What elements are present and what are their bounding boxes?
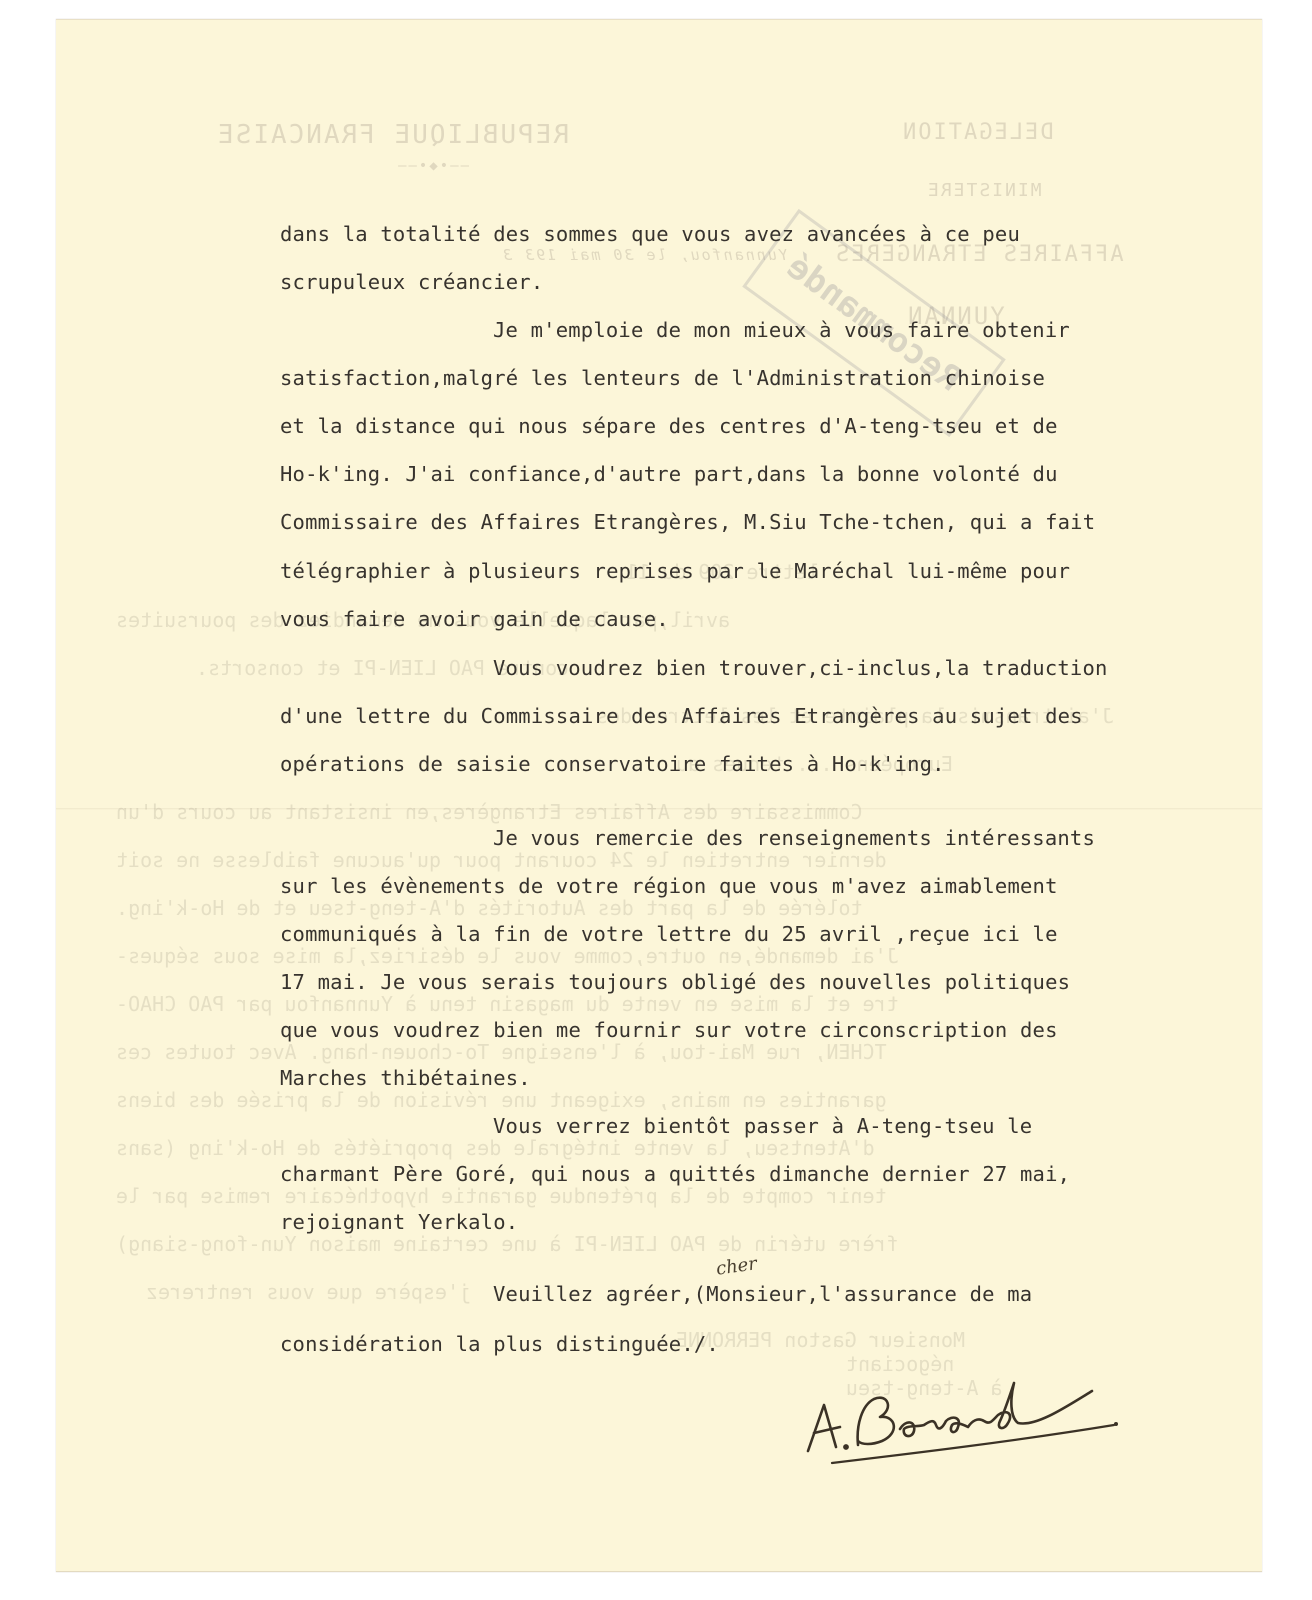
text-line: Commissaire des Affaires Etrangères, M.S…: [280, 510, 1095, 534]
text-line: Je vous remercie des renseignements inté…: [493, 826, 1095, 850]
text-line: rejoignant Yerkalo.: [280, 1210, 518, 1234]
text-line: dans la totalité des sommes que vous ave…: [280, 222, 1020, 246]
text-line: charmant Père Goré, qui nous a quittés d…: [280, 1162, 1070, 1186]
closing-line: Veuillez agréer,(Monsieur,l'assurance de…: [493, 1282, 1032, 1306]
text-line: 17 mai. Je vous serais toujours obligé d…: [280, 970, 1070, 994]
text-line: vous faire avoir gain de cause.: [280, 607, 669, 631]
text-line: que vous voudrez bien me fournir sur vot…: [280, 1018, 1058, 1042]
text-line: Je m'emploie de mon mieux à vous faire o…: [493, 318, 1070, 342]
handwritten-insertion: cher: [715, 1253, 758, 1279]
text-line: opérations de saisie conservatoire faite…: [280, 752, 945, 776]
letter-body: dans la totalité des sommes que vous ave…: [56, 20, 1262, 1571]
text-line: Vous voudrez bien trouver,ci-inclus,la t…: [493, 656, 1108, 680]
text-line: Ho-k'ing. J'ai confiance,d'autre part,da…: [280, 462, 1058, 486]
closing-line: considération la plus distinguée./.: [280, 1332, 719, 1356]
letter-page: REPUBLIQUE FRANCAISE ——•◆•—— DELEGATION …: [56, 19, 1262, 1572]
text-line: scrupuleux créancier.: [280, 270, 543, 294]
text-line: télégraphier à plusieurs reprises par le…: [280, 559, 1070, 583]
text-line: sur les évènements de votre région que v…: [280, 874, 1058, 898]
text-line: et la distance qui nous sépare des centr…: [280, 414, 1058, 438]
text-line: Marches thibétaines.: [280, 1066, 531, 1090]
text-line: d'une lettre du Commissaire des Affaires…: [280, 704, 1083, 728]
text-line: satisfaction,malgré les lenteurs de l'Ad…: [280, 366, 1045, 390]
signature: A. Bonard: [796, 1355, 1126, 1465]
text-line: communiqués à la fin de votre lettre du …: [280, 922, 1058, 946]
text-line: Vous verrez bientôt passer à A-teng-tseu…: [493, 1114, 1032, 1138]
